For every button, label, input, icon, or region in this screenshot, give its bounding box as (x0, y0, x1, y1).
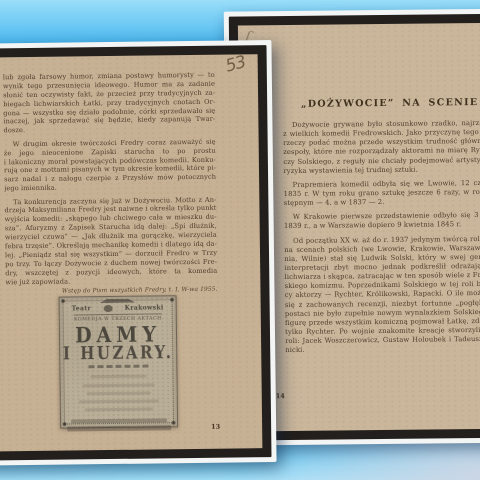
page-number: 13 (211, 423, 220, 431)
left-page: 53 lub zgoła farsowy humor, zmiana posta… (0, 54, 262, 452)
text-line: 1839 r., a w Warszawie dopiero 9 kwietni… (284, 220, 480, 231)
corner-ornament-icon (170, 297, 175, 302)
text-line: jego imiennika. (4, 182, 216, 193)
corner-ornament-icon (171, 420, 176, 425)
paragraph: W Krakowie pierwsze przedstawienie odbył… (284, 211, 480, 231)
text-line: wie już zapowiada. (5, 275, 217, 286)
paragraph: lub zgoła farsowy humor, zmiana postawy … (3, 71, 216, 136)
corner-ornament-icon (61, 299, 66, 304)
paragraph: W drugim okresie twórczości Fredry coraz… (4, 137, 217, 193)
poster-title-line2: I HUZARY. (60, 343, 176, 363)
text-line: stępnym — 4, a w 1837 — 2. (284, 197, 480, 208)
left-page-text: lub zgoła farsowy humor, zmiana postawy … (3, 71, 218, 292)
chapter-heading: „DOŻYWOCIE” NA SCENIE (259, 97, 480, 111)
seal-ornament-icon (103, 305, 112, 312)
paragraph: Prapremiera komedii odbyła się we Lwowie… (284, 179, 480, 209)
corner-ornament-icon (62, 422, 67, 427)
playbill-poster: Teatr Krakowski KOMEDJA W TRZECH AKTACH … (59, 295, 179, 428)
text-line: ryzyka wystawienia tej trudnej sztuki. (283, 165, 480, 176)
poster-masthead: Teatr Krakowski (72, 304, 164, 312)
text-line: nicki. (285, 344, 480, 355)
paragraph: Ta konkurencja zaczyna się już w Dożywoc… (4, 195, 217, 286)
poster-theater-word: Teatr (72, 305, 92, 312)
paragraph: Dożywocie grywane było stosunkowo rzadko… (283, 119, 480, 176)
faded-text-row (67, 425, 171, 431)
right-page-text: Dożywocie grywane było stosunkowo rzadko… (283, 119, 480, 361)
poster-city-word: Krakowski (125, 304, 164, 311)
handwritten-number: 53 (223, 54, 247, 76)
source-citation: Wstęp do Pism wszystkich Fredry, t. I, W… (5, 287, 217, 296)
left-page-frame: 53 lub zgoła farsowy humor, zmiana posta… (0, 45, 272, 461)
page-number: 14 (276, 392, 285, 400)
left-page-photo: 53 lub zgoła farsowy humor, zmiana posta… (0, 40, 277, 466)
desktop-background: ʃ „DOŻYWOCIE” NA SCENIE Dożywocie grywan… (0, 0, 480, 480)
paragraph: Od początku XX w. aż do r. 1937 jedynym … (284, 234, 480, 355)
